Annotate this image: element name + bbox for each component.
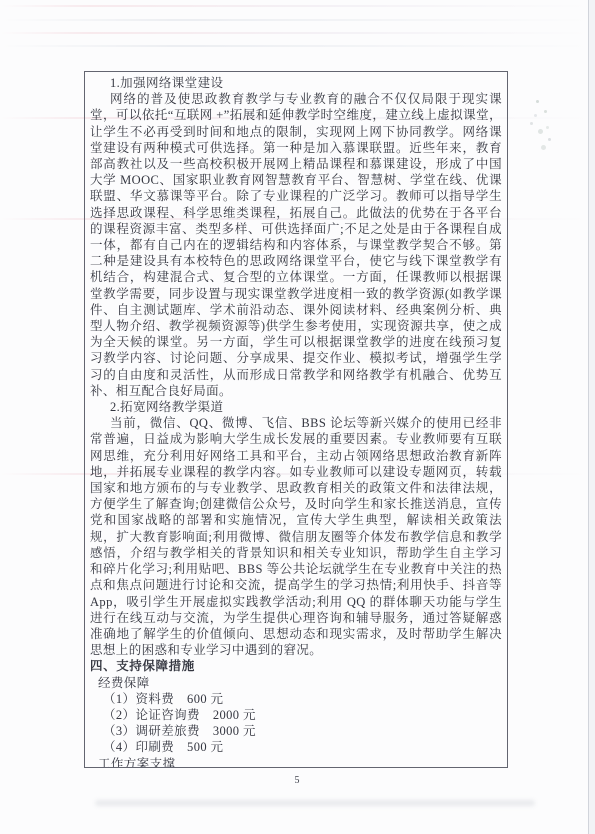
budget-item: （3）调研差旅费 3000 元: [90, 723, 502, 739]
work-plan-label: 工作方案支撑: [90, 756, 502, 768]
document-content-frame: 1.加强网络课堂建设 网络的普及使思政教育教学与专业教育的融合不仅仅局限于现实课…: [84, 71, 508, 768]
page-number: 5: [0, 775, 595, 786]
scan-streak-artifact: [0, 19, 595, 21]
paragraph-teaching-channels: 当前，微信、QQ、微博、飞信、BBS 论坛等新兴媒介的使用已经非常普遍，日益成为…: [90, 415, 502, 658]
paragraph-network-classroom: 网络的普及使思政教育教学与专业教育的融合不仅仅局限于现实课堂，可以依托“互联网 …: [90, 91, 502, 399]
budget-item: （1）资料费 600 元: [90, 691, 502, 707]
scan-streak-artifact: [0, 32, 595, 34]
scan-edge-shadow: [588, 0, 595, 834]
funding-guarantee-label: 经费保障: [90, 675, 502, 691]
section-heading-support-measures: 四、支持保障措施: [90, 658, 502, 674]
scan-smudge-artifact: [95, 800, 535, 806]
subsection-heading-network-classroom: 1.加强网络课堂建设: [90, 75, 502, 91]
budget-item: （2）论证咨询费 2000 元: [90, 707, 502, 723]
budget-item: （4）印刷费 500 元: [90, 739, 502, 755]
scanned-document-page: 1.加强网络课堂建设 网络的普及使思政教育教学与专业教育的融合不仅仅局限于现实课…: [0, 0, 595, 834]
scan-streak-artifact: [0, 5, 595, 7]
scan-speckles-artifact: [536, 100, 539, 103]
subsection-heading-teaching-channels: 2.拓宽网络教学渠道: [90, 399, 502, 415]
scan-streak-artifact: [0, 45, 595, 47]
